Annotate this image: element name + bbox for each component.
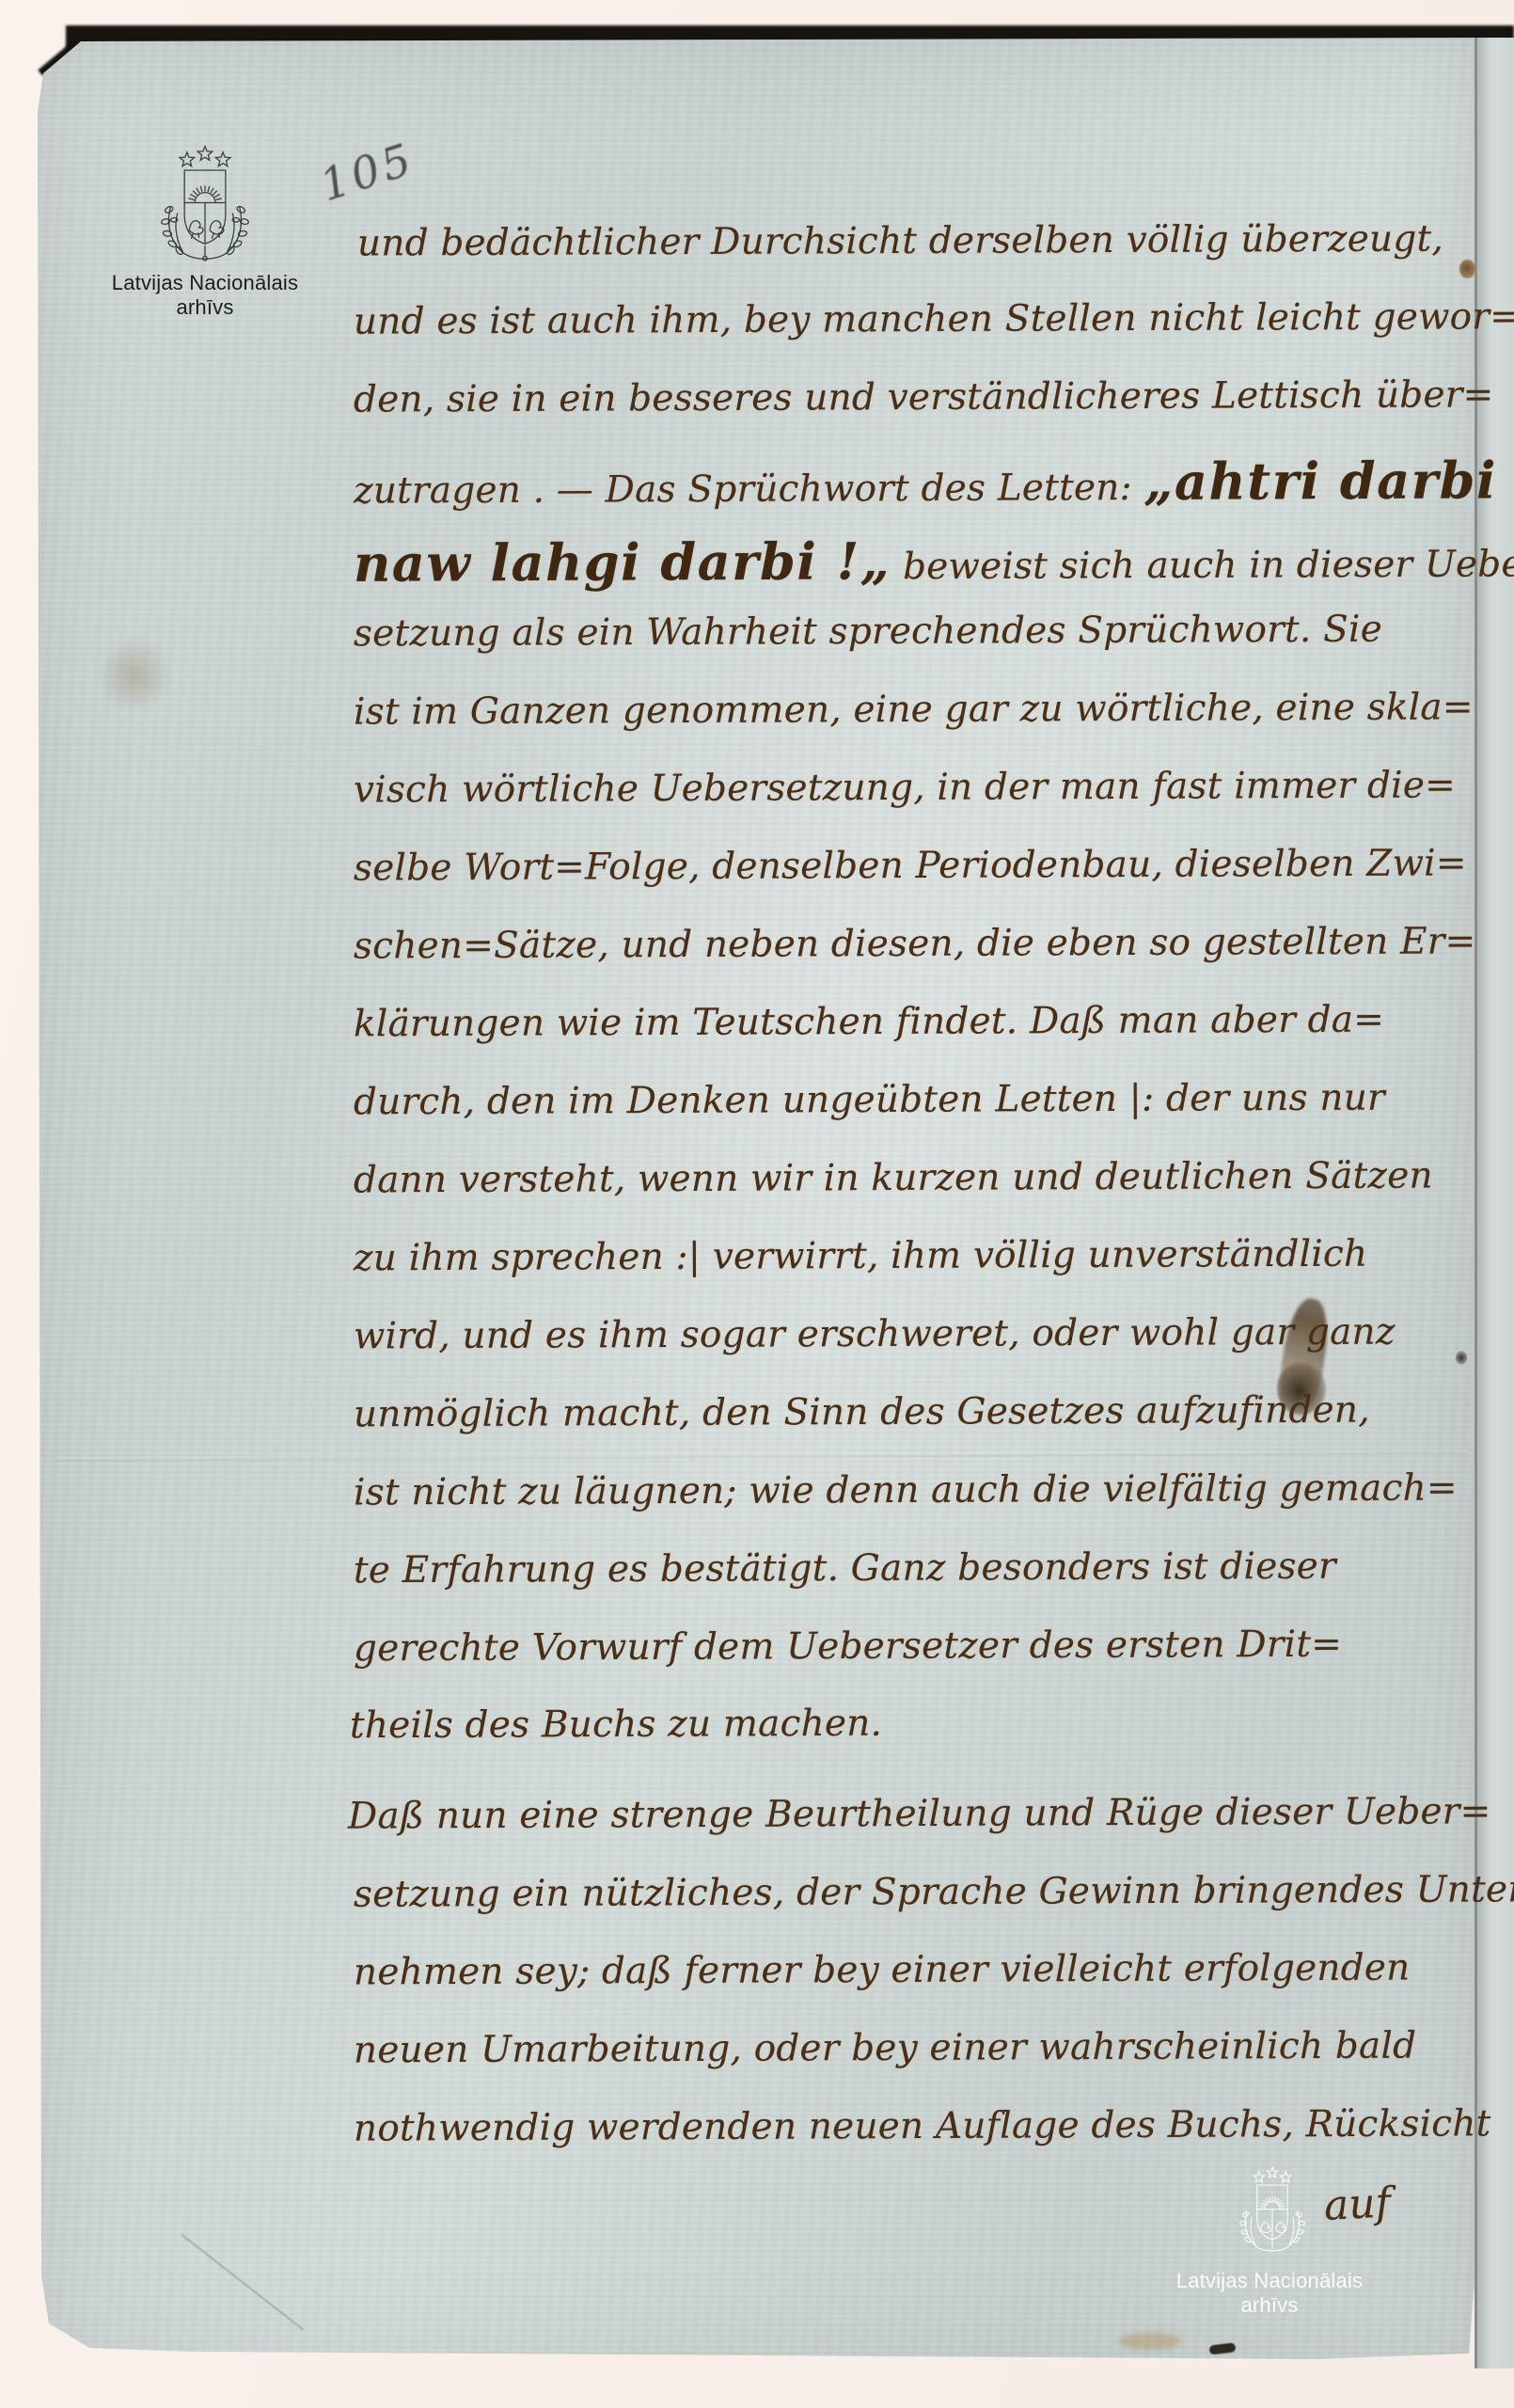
manuscript-line: nothwendig werdenden neuen Auflage des B…	[354, 2105, 1491, 2147]
manuscript-line: theils des Buchs zu machen.	[350, 1705, 882, 1744]
manuscript-line-segment: beweist sich auch in dieser Ueber=	[891, 543, 1514, 588]
coat-of-arms-icon	[147, 141, 263, 265]
manuscript-line: und es ist auch ihm, bey manchen Stellen…	[354, 298, 1514, 340]
manuscript-line: nehmen sey; daß ferner bey einer viellei…	[354, 1950, 1411, 1991]
binding-stitch	[1456, 1351, 1467, 1365]
manuscript-line: selbe Wort=Folge, denselben Periodenbau,…	[354, 845, 1467, 886]
manuscript-line: wird, und es ihm sogar erschweret, oder …	[354, 1314, 1396, 1355]
archive-name-line2: arhīvs	[64, 295, 346, 320]
manuscript-line: durch, den im Denken ungeübten Letten |:…	[354, 1080, 1385, 1121]
manuscript-line: ist nicht zu läugnen; wie denn auch die …	[354, 1469, 1458, 1511]
latvian-proverb-segment: „ahtri darbi	[1143, 450, 1497, 512]
manuscript-line: visch wörtliche Uebersetzung, in der man…	[354, 767, 1456, 808]
paper-stain	[100, 636, 169, 715]
manuscript-line: schen=Sätze, und neben diesen, die eben …	[354, 923, 1476, 964]
manuscript-line: den, sie in ein besseres und verständlic…	[354, 376, 1494, 418]
scanned-manuscript-page: Latvijas Nacionālais arhīvs 105 und bedä…	[0, 0, 1514, 2408]
manuscript-line: te Erfahrung es bestätigt. Ganz besonder…	[354, 1548, 1336, 1590]
coat-of-arms-icon	[1234, 2163, 1311, 2256]
manuscript-line: ist im Ganzen genommen, eine gar zu wört…	[354, 689, 1474, 730]
manuscript-line: und bedächtlicher Durchsicht derselben v…	[357, 220, 1443, 261]
manuscript-line: klärungen wie im Teutschen findet. Daß m…	[354, 1002, 1384, 1043]
latvian-proverb-segment: naw lahgi darbi !„	[354, 531, 891, 593]
binding-stitch	[1459, 260, 1475, 278]
manuscript-line: gerechte Vorwurf dem Uebersetzer des ers…	[354, 1626, 1342, 1668]
manuscript-line: setzung ein nützliches, der Sprache Gewi…	[354, 1871, 1514, 1913]
manuscript-line: dann versteht, wenn wir in kurzen und de…	[354, 1157, 1433, 1198]
manuscript-line: zutragen . — Das Sprüchwort des Letten: …	[354, 454, 1497, 510]
paper-stain	[1119, 2333, 1181, 2350]
archive-watermark-text: Latvijas Nacionālais arhīvs	[1128, 2269, 1411, 2318]
archive-name-line1: Latvijas Nacionālais	[1128, 2269, 1411, 2293]
catchword: auf	[1323, 2178, 1392, 2230]
archive-name-line2: arhīvs	[1128, 2293, 1411, 2318]
manuscript-line-segment: zutragen . — Das Sprüchwort des Letten:	[354, 467, 1144, 513]
manuscript-line: neuen Umarbeitung, oder bey einer wahrsc…	[354, 2028, 1416, 2069]
manuscript-line: zu ihm sprechen :| verwirrt, ihm völlig …	[354, 1236, 1367, 1277]
archive-watermark-text: Latvijas Nacionālais arhīvs	[64, 271, 346, 320]
manuscript-line: unmöglich macht, den Sinn des Gesetzes a…	[354, 1392, 1370, 1434]
archive-name-line1: Latvijas Nacionālais	[64, 271, 346, 295]
manuscript-line: naw lahgi darbi !„ beweist sich auch in …	[354, 532, 1514, 589]
manuscript-line: setzung als ein Wahrheit sprechendes Spr…	[354, 611, 1382, 653]
manuscript-line: Daß nun eine strenge Beurtheilung und Rü…	[348, 1793, 1491, 1834]
